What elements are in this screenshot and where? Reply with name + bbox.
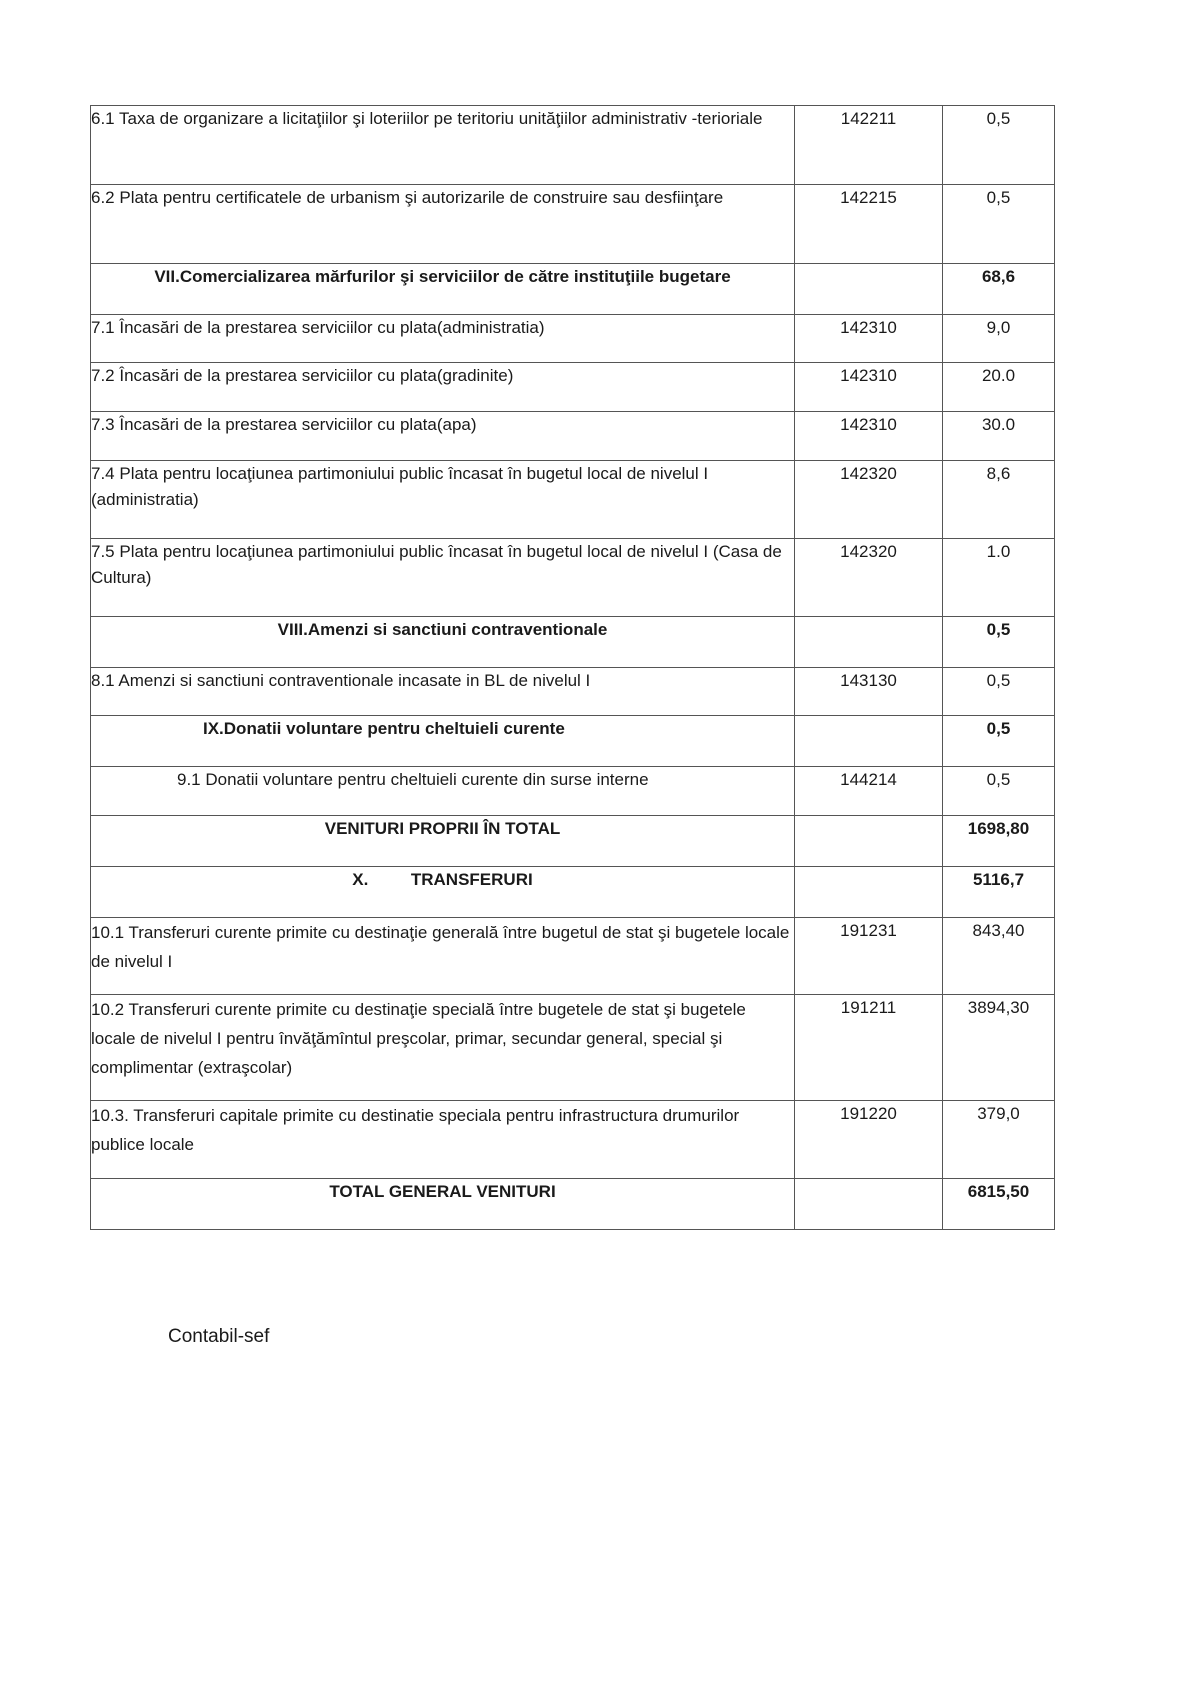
table-row: 7.5 Plata pentru locaţiunea partimoniulu…: [91, 539, 1055, 617]
table-row: 6.1 Taxa de organizare a licitaţiilor şi…: [91, 106, 1055, 185]
total-row: VENITURI PROPRII ÎN TOTAL 1698,80: [91, 816, 1055, 867]
row-value: 0,5: [943, 106, 1055, 185]
table-row: 8.1 Amenzi si sanctiuni contraventionale…: [91, 668, 1055, 716]
row-description: 7.3 Încasări de la prestarea serviciilor…: [91, 412, 795, 461]
section-total: 0,5: [943, 716, 1055, 767]
section-title: X. TRANSFERURI: [91, 867, 795, 918]
row-code: 191231: [795, 918, 943, 995]
row-value: 0,5: [943, 767, 1055, 816]
row-code: 142320: [795, 461, 943, 539]
table-row: 7.2 Încasări de la prestarea serviciilor…: [91, 363, 1055, 412]
row-code: 142211: [795, 106, 943, 185]
row-value: 20.0: [943, 363, 1055, 412]
row-code: [795, 716, 943, 767]
row-code: 142310: [795, 363, 943, 412]
row-description: 6.2 Plata pentru certificatele de urbani…: [91, 185, 795, 264]
row-code: 142310: [795, 412, 943, 461]
grand-total-row: TOTAL GENERAL VENITURI 6815,50: [91, 1179, 1055, 1230]
row-description: 8.1 Amenzi si sanctiuni contraventionale…: [91, 668, 795, 716]
row-code: [795, 867, 943, 918]
row-code: 142310: [795, 315, 943, 363]
row-code: 191211: [795, 995, 943, 1101]
table-row: 7.3 Încasări de la prestarea serviciilor…: [91, 412, 1055, 461]
section-total: 68,6: [943, 264, 1055, 315]
section-row: IX.Donatii voluntare pentru cheltuieli c…: [91, 716, 1055, 767]
row-description: 10.1 Transferuri curente primite cu dest…: [91, 918, 795, 995]
row-value: 9,0: [943, 315, 1055, 363]
row-value: 8,6: [943, 461, 1055, 539]
table-row: 7.1 Încasări de la prestarea serviciilor…: [91, 315, 1055, 363]
own-revenue-total-label: VENITURI PROPRII ÎN TOTAL: [91, 816, 795, 867]
section-title: VII.Comercializarea mărfurilor şi servic…: [91, 264, 795, 315]
row-description: 6.1 Taxa de organizare a licitaţiilor şi…: [91, 106, 795, 185]
section-row: VIII.Amenzi si sanctiuni contraventional…: [91, 617, 1055, 668]
revenue-table: 6.1 Taxa de organizare a licitaţiilor şi…: [90, 105, 1055, 1230]
section-total: 0,5: [943, 617, 1055, 668]
row-value: 379,0: [943, 1101, 1055, 1179]
row-code: [795, 617, 943, 668]
row-code: 142320: [795, 539, 943, 617]
row-value: 0,5: [943, 668, 1055, 716]
row-value: 1.0: [943, 539, 1055, 617]
signature-label: Contabil-sef: [168, 1326, 269, 1348]
section-title: IX.Donatii voluntare pentru cheltuieli c…: [91, 716, 795, 767]
section-row: VII.Comercializarea mărfurilor şi servic…: [91, 264, 1055, 315]
row-description: 10.2 Transferuri curente primite cu dest…: [91, 995, 795, 1101]
row-code: 142215: [795, 185, 943, 264]
row-description: 7.2 Încasări de la prestarea serviciilor…: [91, 363, 795, 412]
row-code: 143130: [795, 668, 943, 716]
row-value: 3894,30: [943, 995, 1055, 1101]
grand-total-label: TOTAL GENERAL VENITURI: [91, 1179, 795, 1230]
row-description: 10.3. Transferuri capitale primite cu de…: [91, 1101, 795, 1179]
row-code: 144214: [795, 767, 943, 816]
row-code: [795, 1179, 943, 1230]
table-row: 6.2 Plata pentru certificatele de urbani…: [91, 185, 1055, 264]
row-value: 843,40: [943, 918, 1055, 995]
row-code: 191220: [795, 1101, 943, 1179]
table-row: 10.3. Transferuri capitale primite cu de…: [91, 1101, 1055, 1179]
table-row: 10.2 Transferuri curente primite cu dest…: [91, 995, 1055, 1101]
row-code: [795, 816, 943, 867]
row-description: 7.1 Încasări de la prestarea serviciilor…: [91, 315, 795, 363]
row-value: 30.0: [943, 412, 1055, 461]
row-description: 7.4 Plata pentru locaţiunea partimoniulu…: [91, 461, 795, 539]
grand-total-value: 6815,50: [943, 1179, 1055, 1230]
row-description: 7.5 Plata pentru locaţiunea partimoniulu…: [91, 539, 795, 617]
own-revenue-total-value: 1698,80: [943, 816, 1055, 867]
section-title: VIII.Amenzi si sanctiuni contraventional…: [91, 617, 795, 668]
row-value: 0,5: [943, 185, 1055, 264]
table-row: 7.4 Plata pentru locaţiunea partimoniulu…: [91, 461, 1055, 539]
section-row: X. TRANSFERURI 5116,7: [91, 867, 1055, 918]
row-description: 9.1 Donatii voluntare pentru cheltuieli …: [91, 767, 795, 816]
table-row: 10.1 Transferuri curente primite cu dest…: [91, 918, 1055, 995]
row-code: [795, 264, 943, 315]
section-total: 5116,7: [943, 867, 1055, 918]
table-row: 9.1 Donatii voluntare pentru cheltuieli …: [91, 767, 1055, 816]
